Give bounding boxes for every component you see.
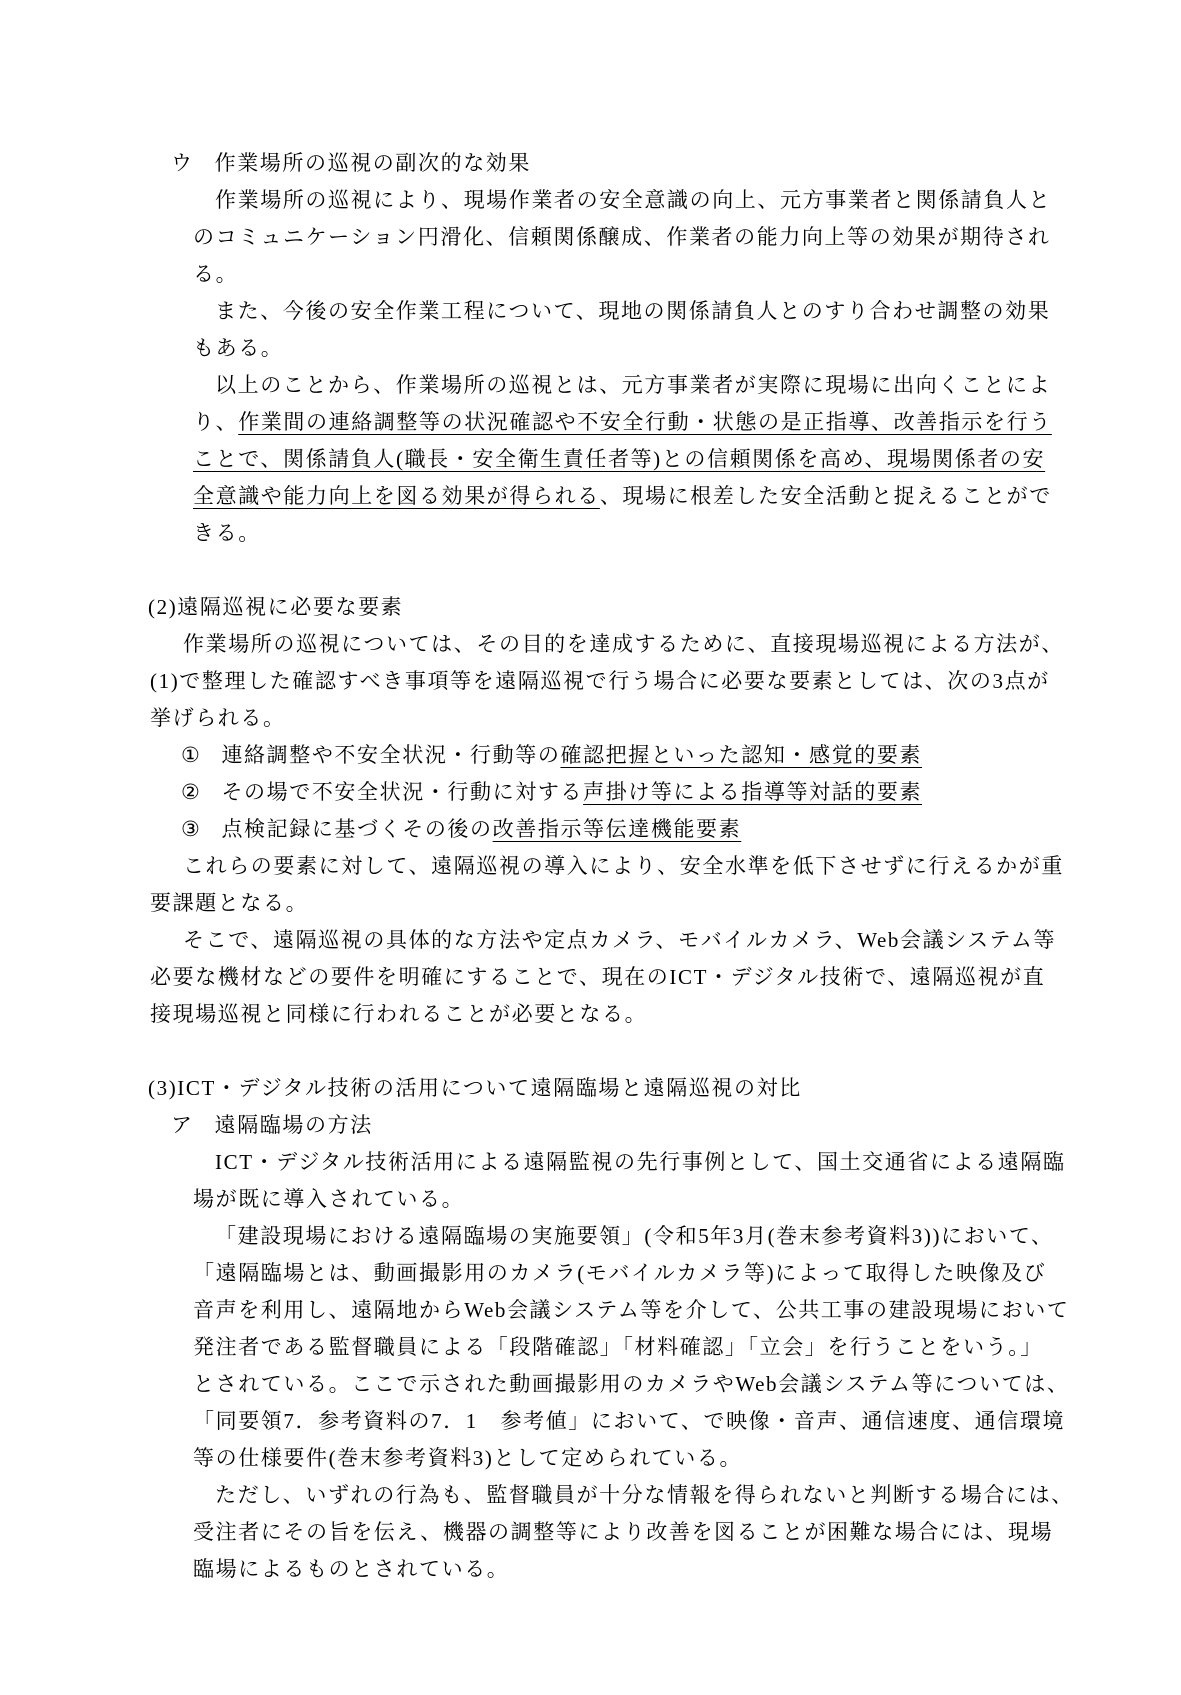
text-line: 臨場によるものとされている。 bbox=[0, 1551, 1181, 1588]
text-segment: 連絡調整や不安全状況・行動等の bbox=[221, 743, 560, 767]
text-segment: 発注者である監督職員による「段階確認」「材料確認」「立会」を行うことをいう。」 bbox=[193, 1335, 1043, 1359]
blank-line bbox=[0, 552, 1181, 589]
text-segment: 挙げられる。 bbox=[150, 706, 286, 730]
text-segment: そこで、遠隔巡視の具体的な方法や定点カメラ、モバイルカメラ、Web会議システム等 bbox=[183, 928, 1056, 952]
text-segment: もある。 bbox=[193, 336, 283, 360]
text-segment: 音声を利用し、遠隔地からWeb会議システム等を介して、公共工事の建設現場において bbox=[193, 1298, 1069, 1322]
text-segment: とされている。ここで示された動画撮影用のカメラやWeb会議システム等については、 bbox=[193, 1372, 1069, 1396]
text-segment: 必要な機材などの要件を明確にすることで、現在のICT・デジタル技術で、遠隔巡視が… bbox=[150, 965, 1045, 989]
list-item: ②その場で不安全状況・行動に対する声掛け等による指導等対話的要素 bbox=[0, 774, 1181, 811]
text-segment: る。 bbox=[193, 262, 238, 286]
text-line: 「遠隔臨場とは、動画撮影用のカメラ(モバイルカメラ等)によって取得した映像及び bbox=[0, 1255, 1181, 1292]
text-segment: その場で不安全状況・行動に対する bbox=[221, 780, 583, 804]
section-heading: (2)遠隔巡視に必要な要素 bbox=[0, 589, 1181, 626]
underlined-text-segment: 確認把握といった認知・感覚的要素 bbox=[560, 743, 922, 767]
text-segment: 要課題となる。 bbox=[150, 891, 308, 915]
text-segment: 、現場に根差した安全活動と捉えることがで bbox=[600, 484, 1052, 508]
underlined-text-segment: 改善指示等伝達機能要素 bbox=[493, 817, 742, 841]
text-segment: また、今後の安全作業工程について、現地の関係請負人とのすり合わせ調整の効果 bbox=[215, 299, 1050, 323]
text-segment: 作業場所の巡視については、その目的を達成するために、直接現場巡視による方法が、 bbox=[183, 632, 1064, 656]
text-line: のコミュニケーション円滑化、信頼関係醸成、作業者の能力向上等の効果が期待され bbox=[0, 219, 1181, 256]
text-segment: 接現場巡視と同様に行われることが必要となる。 bbox=[150, 1002, 647, 1026]
list-item: ①連絡調整や不安全状況・行動等の確認把握といった認知・感覚的要素 bbox=[0, 737, 1181, 774]
text-line: 発注者である監督職員による「段階確認」「材料確認」「立会」を行うことをいう。」 bbox=[0, 1329, 1181, 1366]
text-segment: 作業場所の巡視により、現場作業者の安全意識の向上、元方事業者と関係請負人と bbox=[215, 188, 1051, 212]
text-line: もある。 bbox=[0, 330, 1181, 367]
text-segment: 受注者にその旨を伝え、機器の調整等により改善を図ることが困難な場合には、現場 bbox=[193, 1520, 1053, 1544]
text-line: 等の仕様要件(巻末参考資料3)として定められている。 bbox=[0, 1440, 1181, 1477]
text-line: 挙げられる。 bbox=[0, 700, 1181, 737]
text-line: 必要な機材などの要件を明確にすることで、現在のICT・デジタル技術で、遠隔巡視が… bbox=[0, 959, 1181, 996]
text-line: 「同要領7．参考資料の7．1 参考値」において、で映像・音声、通信速度、通信環境 bbox=[0, 1403, 1181, 1440]
text-segment: 場が既に導入されている。 bbox=[193, 1187, 464, 1211]
underlined-text-segment: ことで、関係請負人(職長・安全衛生責任者等)との信頼関係を高め、現場関係者の安 bbox=[193, 447, 1045, 471]
text-segment: ただし、いずれの行為も、監督職員が十分な情報を得られないと判断する場合には、 bbox=[215, 1483, 1074, 1507]
text-line: る。 bbox=[0, 256, 1181, 293]
document-page: ウ作業場所の巡視の副次的な効果作業場所の巡視により、現場作業者の安全意識の向上、… bbox=[0, 0, 1181, 1695]
list-item-marker: ③ bbox=[181, 811, 201, 848]
blank-line bbox=[0, 1033, 1181, 1070]
text-segment: 等の仕様要件(巻末参考資料3)として定められている。 bbox=[193, 1446, 742, 1470]
text-line: きる。 bbox=[0, 515, 1181, 552]
text-line: これらの要素に対して、遠隔巡視の導入により、安全水準を低下させずに行えるかが重 bbox=[0, 848, 1181, 885]
list-item-marker: ① bbox=[181, 737, 201, 774]
text-line: 全意識や能力向上を図る効果が得られる、現場に根差した安全活動と捉えることがで bbox=[0, 478, 1181, 515]
text-segment: 「同要領7．参考資料の7．1 参考値」において、で映像・音声、通信速度、通信環境 bbox=[193, 1409, 1065, 1433]
text-line: ことで、関係請負人(職長・安全衛生責任者等)との信頼関係を高め、現場関係者の安 bbox=[0, 441, 1181, 478]
underlined-text-segment: 全意識や能力向上を図る効果が得られる bbox=[193, 484, 600, 508]
text-segment: 作業場所の巡視の副次的な効果 bbox=[215, 151, 531, 175]
text-line: り、作業間の連絡調整等の状況確認や不安全行動・状態の是正指導、改善指示を行う bbox=[0, 404, 1181, 441]
text-segment: 臨場によるものとされている。 bbox=[193, 1557, 509, 1581]
text-line: ICT・デジタル技術活用による遠隔監視の先行事例として、国土交通省による遠隔臨 bbox=[0, 1144, 1181, 1181]
text-line: 要課題となる。 bbox=[0, 885, 1181, 922]
text-segment: (2)遠隔巡視に必要な要素 bbox=[148, 595, 403, 619]
sub-section-heading: ア遠隔臨場の方法 bbox=[0, 1107, 1181, 1144]
text-line: また、今後の安全作業工程について、現地の関係請負人とのすり合わせ調整の効果 bbox=[0, 293, 1181, 330]
text-segment: きる。 bbox=[193, 521, 261, 545]
section-heading: (3)ICT・デジタル技術の活用について遠隔臨場と遠隔巡視の対比 bbox=[0, 1070, 1181, 1107]
text-segment: のコミュニケーション円滑化、信頼関係醸成、作業者の能力向上等の効果が期待され bbox=[193, 225, 1051, 249]
text-line: (1)で整理した確認すべき事項等を遠隔巡視で行う場合に必要な要素としては、次の3… bbox=[0, 663, 1181, 700]
text-line: 作業場所の巡視については、その目的を達成するために、直接現場巡視による方法が、 bbox=[0, 626, 1181, 663]
text-line: 「建設現場における遠隔臨場の実施要領」(令和5年3月(巻末参考資料3))において… bbox=[0, 1218, 1181, 1255]
list-item-marker: ② bbox=[181, 774, 201, 811]
underlined-text-segment: 声掛け等による指導等対話的要素 bbox=[583, 780, 922, 804]
sub-section-heading: ウ作業場所の巡視の副次的な効果 bbox=[0, 145, 1181, 182]
text-segment: 遠隔臨場の方法 bbox=[215, 1113, 373, 1137]
text-line: 作業場所の巡視により、現場作業者の安全意識の向上、元方事業者と関係請負人と bbox=[0, 182, 1181, 219]
text-segment: 点検記録に基づくその後の bbox=[221, 817, 492, 841]
text-segment: り、 bbox=[193, 410, 238, 434]
list-item: ③点検記録に基づくその後の改善指示等伝達機能要素 bbox=[0, 811, 1181, 848]
heading-marker: ウ bbox=[171, 145, 194, 182]
underlined-text-segment: 作業間の連絡調整等の状況確認や不安全行動・状態の是正指導、改善指示を行う bbox=[238, 410, 1052, 434]
text-segment: ICT・デジタル技術活用による遠隔監視の先行事例として、国土交通省による遠隔臨 bbox=[215, 1150, 1066, 1174]
text-line: 受注者にその旨を伝え、機器の調整等により改善を図ることが困難な場合には、現場 bbox=[0, 1514, 1181, 1551]
text-line: 場が既に導入されている。 bbox=[0, 1181, 1181, 1218]
text-segment: 「遠隔臨場とは、動画撮影用のカメラ(モバイルカメラ等)によって取得した映像及び bbox=[193, 1261, 1046, 1285]
text-segment: (1)で整理した確認すべき事項等を遠隔巡視で行う場合に必要な要素としては、次の3… bbox=[150, 669, 1050, 693]
text-segment: 以上のことから、作業場所の巡視とは、元方事業者が実際に現場に出向くことによ bbox=[215, 373, 1051, 397]
text-segment: (3)ICT・デジタル技術の活用について遠隔臨場と遠隔巡視の対比 bbox=[148, 1076, 802, 1100]
text-line: ただし、いずれの行為も、監督職員が十分な情報を得られないと判断する場合には、 bbox=[0, 1477, 1181, 1514]
text-line: 以上のことから、作業場所の巡視とは、元方事業者が実際に現場に出向くことによ bbox=[0, 367, 1181, 404]
text-line: そこで、遠隔巡視の具体的な方法や定点カメラ、モバイルカメラ、Web会議システム等 bbox=[0, 922, 1181, 959]
text-segment: 「建設現場における遠隔臨場の実施要領」(令和5年3月(巻末参考資料3))において… bbox=[215, 1224, 1054, 1248]
heading-marker: ア bbox=[171, 1107, 194, 1144]
document-body: ウ作業場所の巡視の副次的な効果作業場所の巡視により、現場作業者の安全意識の向上、… bbox=[0, 145, 1181, 1588]
text-line: とされている。ここで示された動画撮影用のカメラやWeb会議システム等については、 bbox=[0, 1366, 1181, 1403]
text-segment: これらの要素に対して、遠隔巡視の導入により、安全水準を低下させずに行えるかが重 bbox=[183, 854, 1064, 878]
text-line: 接現場巡視と同様に行われることが必要となる。 bbox=[0, 996, 1181, 1033]
text-line: 音声を利用し、遠隔地からWeb会議システム等を介して、公共工事の建設現場において bbox=[0, 1292, 1181, 1329]
